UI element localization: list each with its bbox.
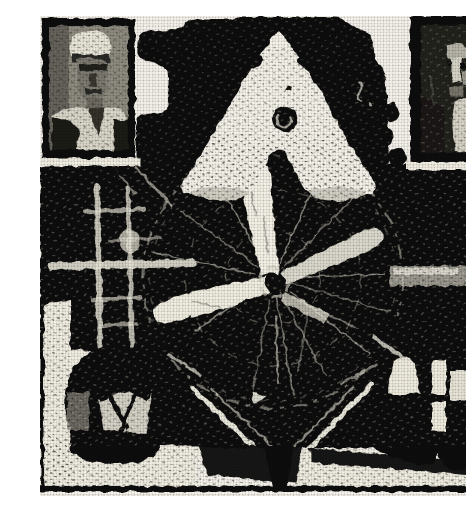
inset-portrait-right	[406, 16, 466, 170]
newspaper-photo: Propeller-driven record car, head-on	[40, 16, 466, 496]
inset-portrait-left	[40, 18, 140, 179]
bottom-rule	[40, 486, 466, 492]
photo-canvas: Propeller-driven record car, head-on	[40, 16, 466, 496]
left-border-line	[41, 338, 44, 488]
ground-texture	[40, 436, 466, 488]
dark-field-texture	[40, 166, 466, 446]
